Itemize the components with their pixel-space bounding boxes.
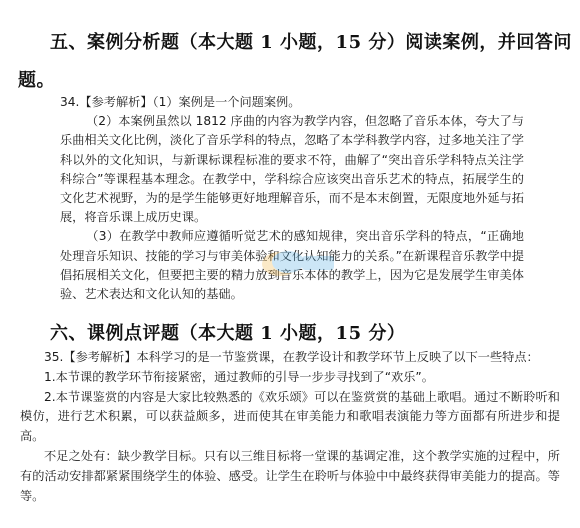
answer-34-line-1: 34.【参考解析】（1）案例是一个问题案例。 <box>60 93 524 112</box>
answer-35-label: 35.【参考解析】 <box>44 350 137 364</box>
answer-34-point-3: （3）在教学中教师应遵循听觉艺术的感知规律，突出音乐学科的特点，“正确地处理音乐… <box>60 227 524 304</box>
answer-34-point-1: （1）案例是一个问题案例。 <box>153 95 301 109</box>
section-5-heading: 五、案例分析题（本大题 1 小题，15 分）阅读案例，并回答问 <box>50 28 572 54</box>
answer-35-intro: 35.【参考解析】本科学习的是一节鉴赏课，在教学设计和教学环节上反映了以下一些特… <box>20 348 560 368</box>
answer-35-shortcoming: 不足之处有：缺少教学目标。只有以三维目标将一堂课的基调定准，这个教学实施的过程中… <box>20 447 560 506</box>
answer-34-point-3-text: （3）在教学中教师应遵循听觉艺术的感知规律，突出音乐学科的特点，“正确地处理音乐… <box>60 229 524 301</box>
answer-35-point-2: 2.本节课鉴赏的内容是大家比较熟悉的《欢乐颂》可以在鉴赏赏的基础上歌唱。通过不断… <box>20 388 560 447</box>
answer-35-intro-text: 本科学习的是一节鉴赏课，在教学设计和教学环节上反映了以下一些特点： <box>137 350 539 364</box>
answer-35-point-1: 1.本节课的教学环节衔接紧密，通过教师的引导一步步寻找到了“欢乐”。 <box>20 368 560 388</box>
answer-34-point-2-text: （2）本案例虽然以 1812 序曲的内容为教学内容，但忽略了音乐本体，夸大了与乐… <box>60 114 524 224</box>
section-6-heading: 六、课例点评题（本大题 1 小题，15 分） <box>50 319 405 345</box>
answer-34: 34.【参考解析】（1）案例是一个问题案例。 （2）本案例虽然以 1812 序曲… <box>62 93 524 304</box>
answer-34-label: 34.【参考解析】 <box>60 95 153 109</box>
section-5-heading-wrap: 题。 <box>18 66 55 92</box>
answer-35: 35.【参考解析】本科学习的是一节鉴赏课，在教学设计和教学环节上反映了以下一些特… <box>20 348 560 506</box>
answer-34-point-2: （2）本案例虽然以 1812 序曲的内容为教学内容，但忽略了音乐本体，夸大了与乐… <box>60 112 524 227</box>
